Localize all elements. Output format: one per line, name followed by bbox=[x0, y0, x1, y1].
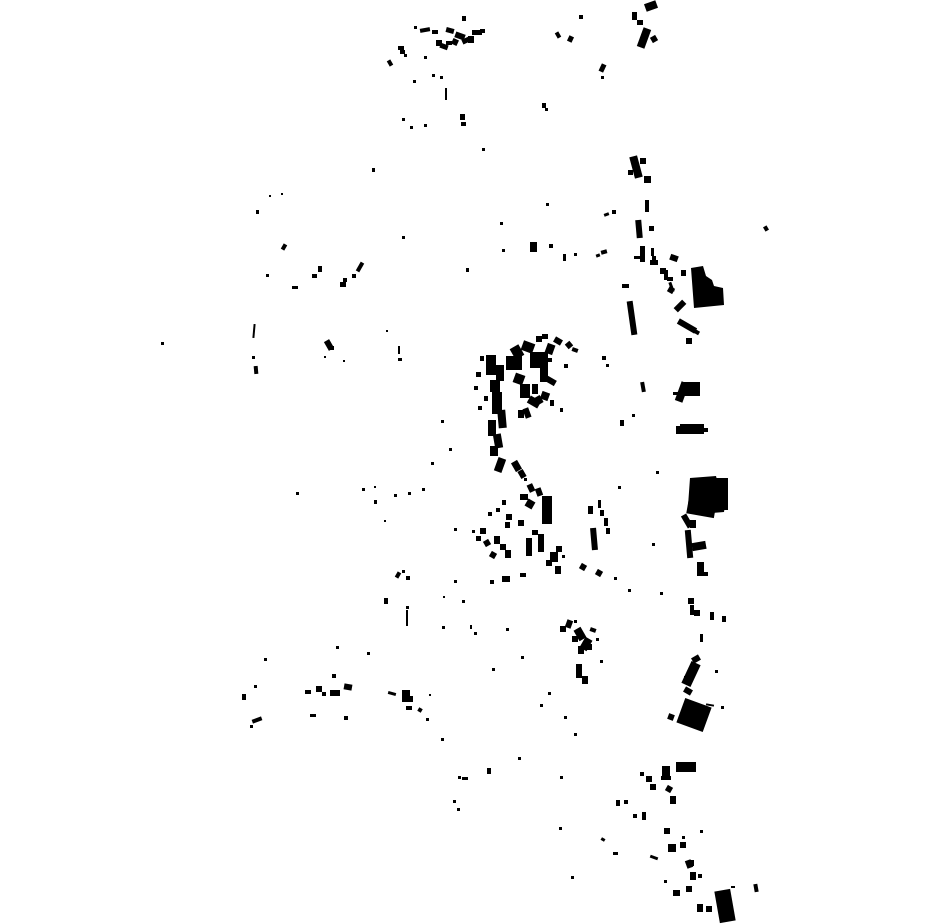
building-footprint bbox=[590, 528, 598, 550]
building-footprint bbox=[449, 448, 452, 451]
building-footprint bbox=[305, 690, 311, 694]
building-footprint bbox=[480, 356, 484, 361]
building-footprint bbox=[394, 494, 397, 497]
building-footprint bbox=[402, 690, 410, 702]
building-footprint bbox=[549, 244, 553, 248]
building-footprint bbox=[344, 683, 353, 690]
building-footprint bbox=[384, 520, 386, 522]
building-footprint bbox=[387, 59, 393, 66]
building-footprint bbox=[714, 889, 735, 923]
building-footprint bbox=[622, 284, 629, 288]
building-footprint bbox=[161, 342, 164, 345]
building-footprint bbox=[488, 512, 492, 516]
building-footprint bbox=[468, 36, 474, 43]
building-footprint bbox=[753, 884, 758, 893]
building-footprint bbox=[628, 589, 631, 592]
building-footprint bbox=[612, 210, 616, 214]
building-footprint bbox=[553, 336, 563, 345]
building-footprint bbox=[624, 800, 628, 804]
building-footprint bbox=[540, 704, 543, 707]
building-footprint bbox=[492, 668, 495, 671]
building-footprint bbox=[432, 74, 435, 77]
building-footprint bbox=[595, 569, 603, 577]
building-footprint bbox=[572, 636, 578, 642]
building-footprint bbox=[490, 446, 498, 456]
building-footprint bbox=[681, 270, 686, 276]
building-footprint bbox=[632, 12, 637, 20]
building-footprint bbox=[502, 249, 505, 252]
building-footprint bbox=[252, 324, 255, 338]
building-footprint bbox=[466, 268, 469, 272]
building-footprint bbox=[606, 528, 610, 534]
building-footprint bbox=[614, 852, 618, 855]
building-footprint bbox=[642, 812, 646, 820]
building-footprint bbox=[478, 406, 482, 410]
building-footprint bbox=[690, 860, 694, 866]
building-footprint bbox=[640, 382, 646, 393]
building-footprint bbox=[480, 29, 485, 33]
building-footprint bbox=[681, 661, 700, 687]
building-footprint bbox=[650, 855, 659, 861]
building-footprint bbox=[496, 365, 504, 381]
building-footprint bbox=[564, 364, 568, 368]
building-footprint bbox=[527, 483, 536, 493]
building-footprint bbox=[367, 652, 370, 655]
building-footprint bbox=[398, 358, 402, 361]
building-footprint bbox=[451, 38, 459, 46]
building-footprint bbox=[404, 54, 407, 57]
building-footprint bbox=[494, 457, 506, 473]
building-footprint bbox=[406, 576, 410, 580]
building-footprint bbox=[763, 225, 769, 231]
building-footprint bbox=[601, 249, 608, 254]
building-footprint bbox=[318, 266, 322, 272]
building-footprint bbox=[576, 664, 582, 678]
building-footprint bbox=[582, 676, 588, 684]
building-footprint bbox=[669, 254, 679, 262]
building-footprint bbox=[604, 518, 608, 526]
building-footprint bbox=[560, 776, 563, 779]
building-footprint bbox=[484, 396, 488, 401]
building-footprint bbox=[532, 530, 538, 535]
building-footprint bbox=[330, 690, 340, 696]
large-building-footprint bbox=[691, 266, 724, 308]
building-footprint bbox=[476, 372, 481, 377]
building-footprints-layer bbox=[0, 0, 930, 924]
building-footprint bbox=[424, 56, 427, 59]
building-footprint bbox=[505, 550, 511, 558]
building-footprint bbox=[715, 670, 718, 673]
building-footprint bbox=[254, 685, 257, 688]
building-footprint bbox=[482, 148, 485, 151]
building-footprint bbox=[483, 539, 491, 547]
building-footprint bbox=[691, 541, 706, 551]
building-footprint bbox=[565, 341, 573, 349]
building-footprint bbox=[599, 63, 607, 72]
building-footprint bbox=[686, 886, 692, 892]
building-footprint bbox=[589, 627, 596, 633]
building-footprint bbox=[441, 420, 444, 423]
building-footprint bbox=[660, 592, 663, 595]
building-footprint bbox=[398, 46, 404, 50]
building-footprint bbox=[618, 486, 621, 489]
building-footprint bbox=[649, 226, 654, 231]
building-footprint bbox=[518, 410, 524, 418]
building-footprint bbox=[640, 772, 644, 776]
building-footprint bbox=[560, 626, 566, 632]
building-footprint bbox=[520, 494, 528, 500]
building-footprint bbox=[505, 522, 510, 528]
building-footprint bbox=[700, 830, 703, 833]
building-footprint bbox=[722, 616, 726, 622]
building-footprint bbox=[588, 506, 593, 514]
building-footprint bbox=[356, 262, 364, 273]
building-footprint bbox=[445, 27, 454, 34]
building-footprint bbox=[704, 428, 708, 432]
building-footprint bbox=[601, 76, 604, 79]
building-footprint bbox=[395, 571, 401, 578]
building-footprint bbox=[256, 210, 259, 214]
building-footprint bbox=[336, 646, 339, 649]
building-footprint bbox=[656, 471, 659, 474]
building-footprint bbox=[652, 543, 655, 546]
building-footprint bbox=[598, 500, 601, 508]
building-footprint bbox=[461, 122, 466, 126]
building-footprint bbox=[410, 126, 413, 129]
building-footprint bbox=[457, 808, 460, 811]
building-footprint bbox=[414, 26, 417, 29]
building-footprint bbox=[596, 638, 599, 641]
building-footprint bbox=[420, 27, 431, 33]
building-footprint bbox=[474, 632, 477, 635]
building-footprint bbox=[600, 660, 603, 663]
building-footprint bbox=[567, 35, 574, 43]
building-footprint bbox=[500, 222, 503, 225]
building-footprint bbox=[667, 277, 673, 281]
building-footprint bbox=[564, 716, 567, 719]
building-footprint bbox=[562, 555, 565, 558]
building-footprint bbox=[330, 346, 334, 350]
building-footprint bbox=[600, 510, 604, 516]
building-footprint bbox=[462, 600, 465, 603]
building-footprint bbox=[526, 538, 532, 556]
building-footprint bbox=[374, 486, 376, 488]
building-footprint bbox=[721, 706, 724, 709]
building-footprint bbox=[640, 158, 646, 164]
building-footprint bbox=[402, 570, 405, 573]
building-footprint bbox=[694, 610, 700, 616]
building-footprint bbox=[574, 253, 577, 256]
building-footprint bbox=[441, 738, 444, 741]
building-footprint bbox=[250, 725, 253, 728]
building-footprint bbox=[676, 762, 696, 772]
building-footprint bbox=[513, 373, 526, 386]
building-footprint bbox=[690, 605, 694, 615]
building-footprint bbox=[644, 0, 658, 12]
building-footprint bbox=[574, 733, 577, 736]
building-footprint bbox=[559, 827, 562, 830]
building-footprint bbox=[480, 528, 486, 534]
building-footprint bbox=[269, 195, 271, 197]
building-footprint bbox=[550, 400, 554, 406]
building-footprint bbox=[402, 118, 405, 121]
building-footprint bbox=[616, 800, 620, 806]
building-footprint bbox=[661, 776, 671, 780]
building-footprint bbox=[417, 707, 422, 712]
building-footprint bbox=[372, 168, 375, 172]
building-footprint bbox=[604, 212, 610, 217]
building-footprint bbox=[535, 487, 543, 497]
building-footprint bbox=[409, 696, 413, 702]
building-footprint bbox=[521, 656, 524, 659]
building-footprint bbox=[640, 246, 645, 262]
building-footprint bbox=[502, 500, 506, 505]
building-footprint bbox=[386, 330, 388, 332]
building-footprint bbox=[324, 356, 326, 358]
building-footprint bbox=[490, 580, 494, 584]
building-footprint bbox=[312, 274, 317, 278]
building-footprint bbox=[497, 410, 507, 429]
building-footprint bbox=[574, 620, 577, 623]
building-footprint bbox=[470, 625, 472, 629]
building-footprint bbox=[460, 114, 465, 120]
building-footprint bbox=[546, 203, 549, 206]
building-footprint bbox=[292, 286, 298, 289]
building-footprint bbox=[476, 536, 481, 541]
building-footprint bbox=[343, 278, 347, 282]
building-footprint bbox=[731, 886, 735, 888]
building-footprint bbox=[486, 355, 496, 375]
building-footprint bbox=[422, 488, 425, 491]
building-footprint bbox=[402, 236, 405, 239]
building-footprint bbox=[506, 628, 509, 631]
building-footprint bbox=[530, 242, 537, 252]
building-footprint bbox=[398, 346, 400, 354]
building-footprint bbox=[676, 698, 711, 732]
building-footprint bbox=[700, 634, 703, 642]
building-footprint bbox=[443, 596, 445, 598]
building-footprint bbox=[680, 842, 686, 848]
building-footprint bbox=[388, 691, 397, 696]
building-footprint bbox=[525, 499, 536, 510]
building-footprint bbox=[322, 692, 326, 696]
building-footprint bbox=[637, 20, 643, 25]
building-footprint bbox=[637, 27, 651, 49]
building-footprint bbox=[487, 768, 491, 774]
building-footprint bbox=[545, 108, 548, 111]
building-footprint bbox=[606, 364, 609, 367]
building-footprint bbox=[440, 76, 443, 79]
building-footprint bbox=[698, 874, 702, 878]
building-footprint bbox=[517, 469, 526, 479]
building-footprint bbox=[565, 619, 573, 629]
building-footprint bbox=[524, 478, 527, 481]
building-footprint bbox=[506, 514, 512, 520]
building-footprint bbox=[406, 610, 408, 626]
building-footprint bbox=[506, 356, 522, 370]
building-footprint bbox=[536, 336, 542, 342]
building-footprint bbox=[667, 713, 675, 721]
building-footprint bbox=[496, 508, 500, 512]
building-footprint bbox=[664, 828, 670, 834]
building-footprint bbox=[706, 906, 712, 912]
building-footprint bbox=[546, 560, 552, 566]
building-footprint bbox=[362, 488, 365, 491]
building-footprint bbox=[500, 544, 506, 550]
building-footprint bbox=[662, 766, 670, 776]
building-footprint bbox=[254, 366, 259, 374]
building-footprint bbox=[502, 576, 510, 582]
building-footprint bbox=[620, 420, 624, 426]
building-footprint bbox=[650, 260, 658, 265]
building-footprint bbox=[494, 536, 500, 544]
building-footprint bbox=[332, 674, 336, 678]
building-footprint bbox=[462, 777, 468, 780]
building-footprint bbox=[408, 492, 411, 495]
building-footprint bbox=[646, 776, 652, 782]
building-footprint bbox=[252, 356, 255, 359]
building-footprint bbox=[683, 686, 693, 695]
building-footprint bbox=[556, 546, 562, 552]
building-footprint bbox=[374, 500, 377, 504]
building-footprint bbox=[454, 580, 457, 583]
building-footprint bbox=[542, 334, 548, 339]
building-footprint bbox=[453, 800, 456, 803]
building-footprint bbox=[571, 347, 578, 353]
building-footprint bbox=[281, 193, 283, 195]
building-footprint bbox=[634, 256, 642, 259]
building-footprint bbox=[710, 612, 714, 620]
building-footprint bbox=[426, 718, 429, 721]
building-footprint bbox=[432, 30, 438, 34]
building-footprint bbox=[511, 460, 522, 472]
building-footprint bbox=[650, 784, 656, 790]
building-footprint bbox=[673, 890, 680, 896]
building-footprint bbox=[530, 352, 540, 368]
building-footprint bbox=[458, 776, 461, 779]
building-footprint bbox=[680, 424, 704, 434]
building-footprint bbox=[601, 837, 606, 842]
building-footprint bbox=[520, 573, 526, 577]
building-footprint bbox=[406, 706, 412, 710]
building-footprint bbox=[429, 694, 431, 696]
building-footprint bbox=[490, 380, 500, 392]
building-footprint bbox=[446, 41, 452, 45]
building-footprint bbox=[668, 844, 676, 852]
building-footprint bbox=[400, 50, 405, 54]
building-footprint bbox=[462, 16, 466, 21]
building-footprint bbox=[310, 714, 316, 717]
building-footprint bbox=[555, 31, 561, 38]
buildings-group bbox=[161, 0, 769, 923]
building-footprint bbox=[579, 563, 587, 571]
building-footprint bbox=[578, 646, 584, 654]
building-footprint bbox=[521, 340, 536, 354]
building-footprint bbox=[686, 338, 692, 344]
figure-ground-map bbox=[0, 0, 930, 924]
building-footprint bbox=[571, 876, 574, 879]
building-footprint bbox=[664, 880, 667, 883]
building-footprint bbox=[614, 577, 617, 580]
building-footprint bbox=[632, 414, 635, 417]
building-footprint bbox=[472, 530, 475, 533]
building-footprint bbox=[688, 598, 694, 604]
building-footprint bbox=[684, 676, 690, 682]
building-footprint bbox=[555, 566, 561, 574]
building-footprint bbox=[532, 384, 538, 394]
building-footprint bbox=[586, 644, 592, 650]
building-footprint bbox=[431, 462, 434, 465]
building-footprint bbox=[474, 386, 478, 390]
building-footprint bbox=[424, 124, 427, 127]
building-footprint bbox=[518, 520, 524, 526]
building-footprint bbox=[704, 572, 708, 576]
building-footprint bbox=[674, 300, 687, 313]
building-footprint bbox=[264, 658, 267, 661]
building-footprint bbox=[488, 420, 496, 436]
building-footprint bbox=[518, 757, 521, 760]
building-footprint bbox=[563, 254, 566, 261]
building-footprint bbox=[316, 686, 322, 692]
building-footprint bbox=[673, 392, 679, 395]
building-footprint bbox=[684, 382, 700, 396]
building-footprint bbox=[384, 598, 388, 604]
building-footprint bbox=[445, 88, 447, 100]
building-footprint bbox=[266, 274, 269, 277]
building-footprint bbox=[697, 904, 703, 912]
building-footprint bbox=[627, 301, 638, 336]
building-footprint bbox=[406, 606, 409, 609]
building-footprint bbox=[579, 15, 583, 19]
building-footprint bbox=[454, 528, 457, 531]
building-footprint bbox=[520, 384, 530, 398]
building-footprint bbox=[242, 694, 246, 700]
building-footprint bbox=[252, 716, 263, 723]
building-footprint bbox=[413, 80, 416, 83]
building-footprint bbox=[670, 796, 676, 804]
building-footprint bbox=[690, 520, 696, 528]
building-footprint bbox=[340, 282, 346, 287]
building-footprint bbox=[542, 496, 552, 524]
building-footprint bbox=[489, 551, 497, 559]
building-footprint bbox=[650, 35, 658, 43]
building-footprint bbox=[542, 103, 546, 108]
building-footprint bbox=[296, 492, 299, 495]
building-footprint bbox=[344, 716, 348, 720]
building-footprint bbox=[665, 785, 673, 793]
building-footprint bbox=[676, 426, 680, 434]
building-footprint bbox=[343, 360, 345, 362]
building-footprint bbox=[635, 220, 643, 238]
building-footprint bbox=[548, 358, 552, 362]
building-footprint bbox=[645, 200, 649, 212]
building-footprint bbox=[697, 562, 704, 576]
building-footprint bbox=[548, 692, 551, 695]
building-footprint bbox=[442, 626, 445, 629]
building-footprint bbox=[682, 836, 685, 839]
building-footprint bbox=[644, 176, 651, 183]
building-footprint bbox=[281, 243, 287, 250]
building-footprint bbox=[602, 356, 606, 360]
building-footprint bbox=[667, 286, 675, 294]
building-footprint bbox=[538, 534, 544, 552]
building-footprint bbox=[596, 253, 601, 257]
building-footprint bbox=[352, 274, 356, 278]
building-footprint bbox=[651, 248, 654, 256]
building-footprint bbox=[628, 170, 633, 175]
building-footprint bbox=[690, 872, 696, 880]
building-footprint bbox=[560, 408, 563, 412]
